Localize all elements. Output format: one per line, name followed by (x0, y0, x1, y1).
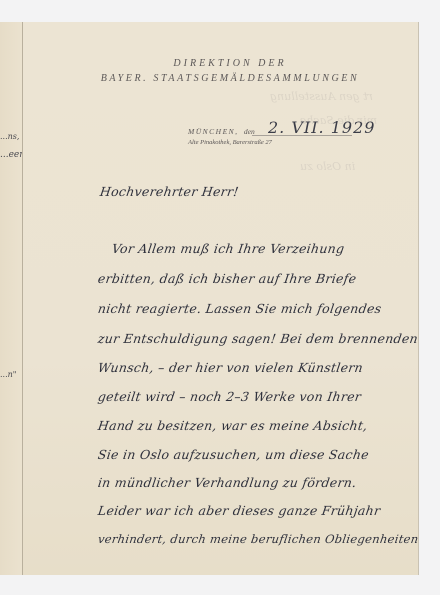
body-line: in mündlicher Verhandlung zu fördern. (97, 475, 358, 490)
body-line: Hand zu besitzen, war es meine Absicht, (97, 418, 369, 433)
body-line: Vor Allem muß ich Ihre Verzeihung (111, 241, 346, 256)
body-line: Wunsch, – der hier von vielen Künstlern (97, 360, 364, 375)
body-line: Leider war ich aber dieses ganze Frühjah… (97, 503, 382, 518)
body-line: verhindert, durch meine beruflichen Obli… (97, 532, 420, 546)
previous-sheet-fragment: ...n" (0, 370, 22, 379)
body-line: zur Entschuldigung sagen! Bei dem brenne… (97, 331, 419, 346)
previous-sheet-edge: ...ns, ...een, ...n" (0, 22, 23, 575)
body-line: erbitten, daß ich bisher auf Ihre Briefe (97, 271, 358, 286)
place-name: MÜNCHEN, (188, 127, 239, 136)
ink-bleed-through: rt gen Ausstellung (270, 90, 373, 103)
previous-sheet-fragment: ...een, (0, 150, 22, 160)
letterhead-address: Alte Pinakothek, Barerstraße 27 (188, 139, 272, 146)
ink-bleed-through: in Oslo zu (300, 160, 355, 173)
letterhead-line-2: BAYER. STAATSGEMÄLDESAMMLUNGEN (60, 73, 400, 84)
body-line: nicht reagierte. Lassen Sie mich folgend… (97, 301, 383, 316)
date-underline (252, 135, 352, 136)
previous-sheet-fragment: ...ns, (0, 132, 22, 141)
letterhead-line-1: DIREKTION DER (60, 58, 400, 69)
letter-sheet: ...ns, ...een, ...n" rt gen Ausstellung … (0, 22, 418, 575)
salutation: Hochverehrter Herr! (99, 184, 240, 199)
letterhead-place: MÜNCHEN, den (188, 127, 255, 136)
body-line: Sie in Oslo aufzusuchen, um diese Sache (97, 447, 370, 462)
body-line: geteilt wird – noch 2–3 Werke von Ihrer (97, 389, 362, 404)
